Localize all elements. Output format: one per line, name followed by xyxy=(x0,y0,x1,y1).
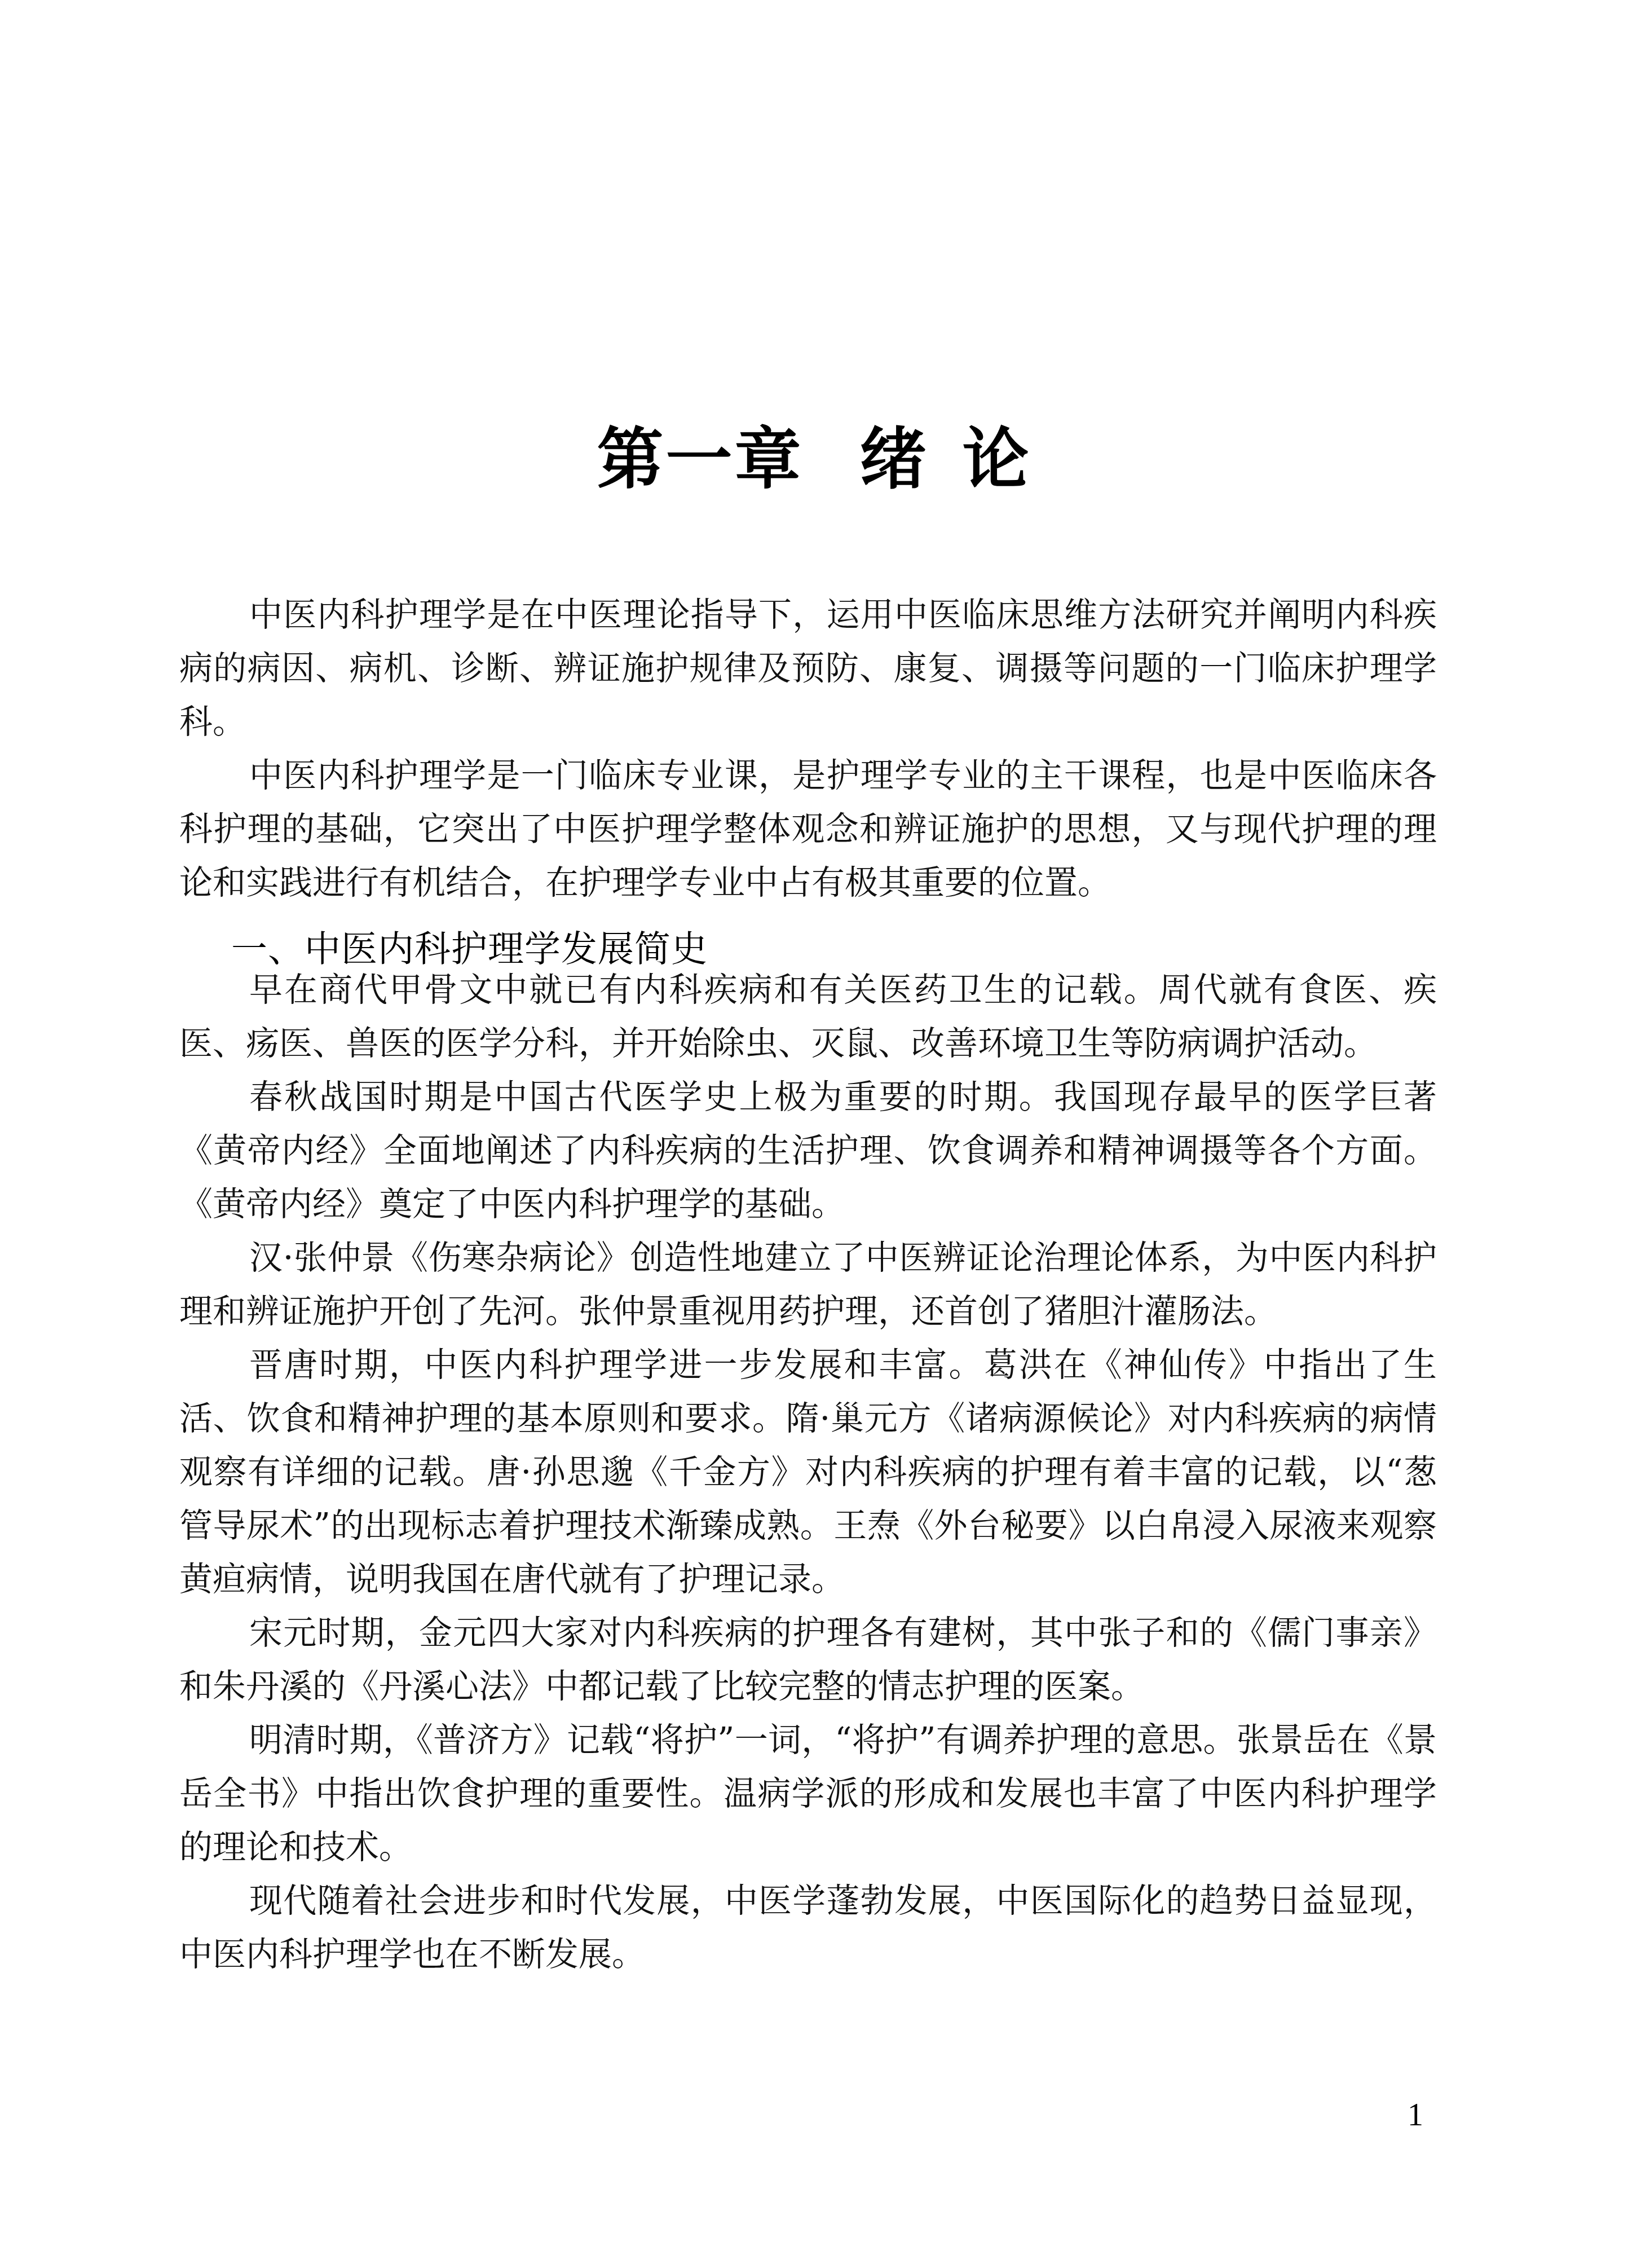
page-number: 1 xyxy=(1398,2098,1432,2132)
history-section: 早在商代甲骨文中就已有内科疾病和有关医药卫生的记载。周代就有食医、疾医、疡医、兽… xyxy=(179,963,1437,1981)
intro-paragraph-2: 中医内科护理学是一门临床专业课，是护理学专业的主干课程，也是中医临床各科护理的基… xyxy=(179,748,1437,909)
document-page: 第一章绪论 中医内科护理学是在中医理论指导下，运用中医临床思维方法研究并阐明内科… xyxy=(0,0,1628,2268)
history-paragraph-3: 汉·张仲景《伤寒杂病论》创造性地建立了中医辨证论治理论体系，为中医内科护理和辨证… xyxy=(179,1231,1437,1338)
history-paragraph-6: 明清时期，《普济方》记载“将护”一词，“将护”有调养护理的意思。张景岳在《景岳全… xyxy=(179,1713,1437,1874)
history-paragraph-2: 春秋战国时期是中国古代医学史上极为重要的时期。我国现存最早的医学巨著《黄帝内经》… xyxy=(179,1070,1437,1231)
chapter-title-char-1: 绪 xyxy=(859,420,928,498)
history-paragraph-5: 宋元时期，金元四大家对内科疾病的护理各有建树，其中张子和的《儒门事亲》和朱丹溪的… xyxy=(179,1606,1437,1713)
intro-section: 中医内科护理学是在中医理论指导下，运用中医临床思维方法研究并阐明内科疾病的病因、… xyxy=(179,588,1437,909)
chapter-title-char-2: 论 xyxy=(963,420,1031,498)
history-paragraph-7: 现代随着社会进步和时代发展，中医学蓬勃发展，中医国际化的趋势日益显现，中医内科护… xyxy=(179,1874,1437,1981)
chapter-number: 第一章 xyxy=(597,420,803,498)
intro-paragraph-1: 中医内科护理学是在中医理论指导下，运用中医临床思维方法研究并阐明内科疾病的病因、… xyxy=(179,588,1437,748)
history-paragraph-4: 晋唐时期，中医内科护理学进一步发展和丰富。葛洪在《神仙传》中指出了生活、饮食和精… xyxy=(179,1338,1437,1606)
chapter-title: 第一章绪论 xyxy=(0,417,1628,501)
history-paragraph-1: 早在商代甲骨文中就已有内科疾病和有关医药卫生的记载。周代就有食医、疾医、疡医、兽… xyxy=(179,963,1437,1070)
